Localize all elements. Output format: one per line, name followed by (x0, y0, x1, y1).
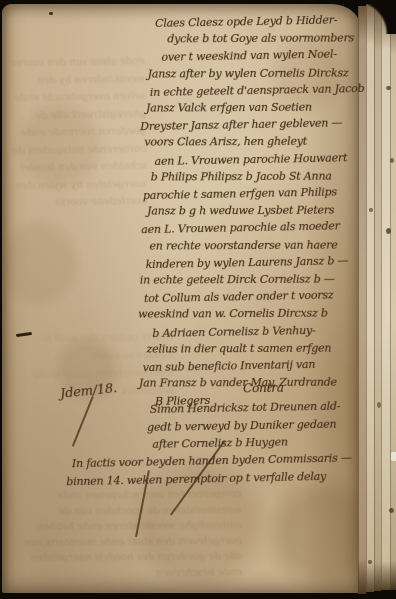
stain-spot (390, 158, 394, 163)
page-edge-strip (390, 2, 396, 590)
book-corner-shadow (354, 0, 396, 34)
bleedthrough-text-bottom: compareerden voor schepenen ende weesmee… (14, 487, 243, 582)
manuscript-line: over t weeskind van wylen Noel- (161, 45, 363, 66)
court-order-text: In factis voor beyden handen byden Commi… (72, 449, 378, 491)
manuscript-line: voors Claes Arisz, hen gheleyt (144, 133, 364, 151)
bleedthrough-text-left: ende alsoo van den voorsz weeskinderen b… (7, 53, 148, 213)
manuscript-line: weeskind van w. Cornelis Dircxsz b (138, 305, 366, 323)
page-edge-strip (366, 4, 374, 592)
contra-heading: Contra (243, 381, 284, 396)
page-edge-strip (374, 3, 381, 591)
page-edge-strip (381, 2, 390, 590)
ink-dot-mark (49, 12, 53, 15)
stain-spot (369, 208, 373, 212)
counter-entry-text: Simon Hendricksz tot Dreunen ald- gedt b… (150, 397, 369, 453)
main-entry-text: Claes Claesz opde Leyd b Hidder- dycke b… (145, 12, 367, 410)
stain-spot (386, 86, 391, 90)
paper-tab-mark (391, 452, 396, 461)
stain-spot (389, 508, 394, 513)
stain-spot (386, 228, 391, 234)
stain-spot (368, 560, 372, 564)
stain-spot (377, 402, 381, 408)
